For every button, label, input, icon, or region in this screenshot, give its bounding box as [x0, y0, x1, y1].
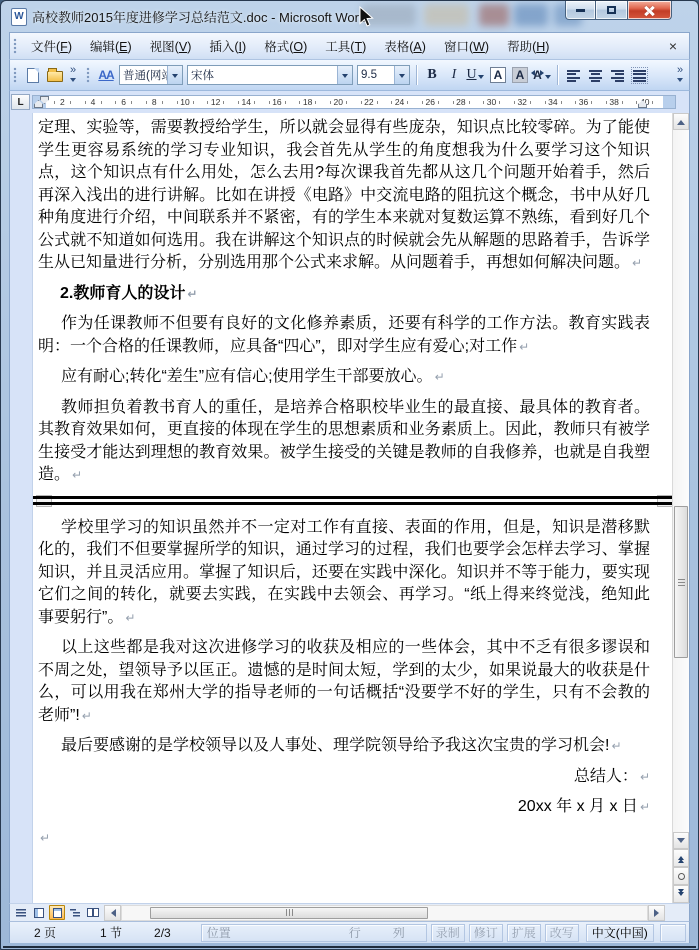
- chevron-down-icon: [478, 75, 484, 82]
- horizontal-scrollbar-row: [9, 903, 690, 921]
- page-break-divider: [33, 495, 672, 508]
- track-changes-toggle[interactable]: 修订: [469, 924, 503, 942]
- menu-item-help[interactable]: 帮助(H): [498, 33, 558, 59]
- paragraph[interactable]: 以上这些都是我对这次进修学习的收获及相应的一些体会，其中不乏有很多谬误和不周之处…: [38, 637, 650, 727]
- word-document-icon: W: [11, 8, 27, 26]
- window-title: 高校教师2015年度进修学习总结范文.doc - Microsoft Word: [32, 7, 366, 26]
- formatting-toolbar: » AA 普通(网站) 宋体 9.5 B I U A A A »: [9, 60, 690, 91]
- paragraph-mark: ↵: [187, 287, 197, 301]
- normal-view-button[interactable]: [13, 905, 29, 920]
- italic-button[interactable]: I: [443, 64, 465, 86]
- font-dropdown-button[interactable]: [337, 66, 352, 84]
- align-right-icon: [611, 69, 624, 82]
- horizontal-scroll-thumb[interactable]: [150, 907, 428, 919]
- scrollbar-corner: [665, 905, 689, 921]
- chevron-down-icon: [399, 74, 405, 81]
- style-value: 普通(网站): [120, 67, 167, 83]
- paragraph[interactable]: 作为任课教师不但要有良好的文化修养素质，还要有科学的工作方法。教育实践表明：一个…: [38, 313, 650, 358]
- position-label: 位置: [207, 924, 231, 941]
- paragraph[interactable]: 最后要感谢的是学校领导以及人事处、理学院领导给予我这次宝贵的学习机会!↵: [38, 735, 650, 758]
- font-value: 宋体: [188, 67, 337, 83]
- font-combobox[interactable]: 宋体: [187, 65, 353, 85]
- desktop-bleed-decoration: [479, 4, 509, 26]
- document-area: 定理、实验等，需要教授给学生，所以就会显得有些庞杂，知识点比较零碎。为了能使学生…: [9, 113, 690, 903]
- paragraph[interactable]: 20xx 年 x 月 x 日↵: [38, 796, 650, 819]
- underline-button[interactable]: U: [465, 64, 487, 86]
- paragraph[interactable]: ↵: [38, 827, 650, 850]
- title-bar[interactable]: W 高校教师2015年度进修学习总结范文.doc - Microsoft Wor…: [9, 1, 690, 32]
- character-scaling-button[interactable]: A: [531, 64, 553, 86]
- align-left-icon: [567, 69, 580, 82]
- font-size-combobox[interactable]: 9.5: [357, 65, 410, 85]
- distribute-button[interactable]: [628, 64, 650, 86]
- status-spacer: [660, 924, 686, 942]
- thumb-grip-icon: [286, 909, 293, 916]
- style-combobox[interactable]: 普通(网站): [119, 65, 183, 85]
- browse-object-icon: [678, 873, 685, 880]
- chevron-down-icon: [172, 74, 178, 81]
- heading-paragraph[interactable]: 2.教师育人的设计↵: [38, 283, 650, 306]
- ruler-tick-labels: 246810121416182022242628303234363840: [47, 96, 660, 108]
- paragraph-mark: ↵: [611, 739, 621, 753]
- close-icon: [644, 5, 655, 16]
- cursor-position-group: 位置 行 列: [201, 924, 427, 942]
- close-document-icon[interactable]: ×: [665, 38, 681, 54]
- new-document-icon: [27, 68, 39, 83]
- align-center-icon: [589, 69, 602, 82]
- menu-drag-handle[interactable]: [13, 38, 18, 54]
- paragraph-mark: ↵: [125, 611, 135, 625]
- bold-button[interactable]: B: [421, 64, 443, 86]
- paragraph-mark: ↵: [640, 800, 650, 814]
- word-window: W 高校教师2015年度进修学习总结范文.doc - Microsoft Wor…: [0, 0, 699, 950]
- language-indicator[interactable]: 中文(中国): [586, 924, 654, 942]
- character-border-button[interactable]: A: [487, 64, 509, 86]
- arrow-down-icon: [677, 838, 685, 847]
- line-label: 行: [349, 924, 361, 941]
- macro-record-toggle[interactable]: 录制: [431, 924, 465, 942]
- new-document-button[interactable]: [22, 64, 44, 86]
- next-page-button[interactable]: [673, 885, 689, 903]
- web-layout-icon: [34, 908, 44, 918]
- reading-layout-icon: [87, 908, 99, 917]
- paragraph[interactable]: 定理、实验等，需要教授给学生，所以就会显得有些庞杂，知识点比较零碎。为了能使学生…: [38, 117, 650, 275]
- normal-view-icon: [16, 908, 26, 917]
- horizontal-scroll-track[interactable]: [121, 905, 648, 921]
- reading-layout-view-button[interactable]: [85, 905, 101, 920]
- web-layout-view-button[interactable]: [31, 905, 47, 920]
- open-button[interactable]: [44, 64, 66, 86]
- paragraph-mark: ↵: [435, 370, 445, 384]
- style-dropdown-button[interactable]: [167, 66, 182, 84]
- select-browse-object-button[interactable]: [673, 867, 689, 885]
- toolbar-separator: [557, 65, 558, 85]
- font-size-dropdown-button[interactable]: [394, 66, 409, 84]
- minimize-icon: [576, 9, 585, 12]
- page-count: 2 页: [32, 923, 58, 942]
- menu-item-window[interactable]: 窗口(W): [435, 33, 498, 59]
- column-label: 列: [393, 924, 405, 941]
- thumb-grip-icon: [678, 579, 685, 586]
- menu-item-insert[interactable]: 插入(I): [200, 33, 255, 59]
- open-folder-icon: [47, 71, 63, 82]
- menu-item-edit[interactable]: 编辑(E): [81, 33, 141, 59]
- styles-icon: AA: [98, 68, 113, 82]
- chevron-down-icon: [677, 78, 683, 85]
- status-bar: 2 页 1 节 2/3 位置 行 列 录制 修订 扩展 改写 中文(中国): [9, 921, 690, 943]
- paragraph-mark: ↵: [82, 709, 92, 723]
- vertical-scroll-track[interactable]: [673, 130, 689, 832]
- view-switcher: [10, 905, 104, 920]
- align-center-button[interactable]: [584, 64, 606, 86]
- window-controls: [565, 1, 672, 20]
- menu-item-view[interactable]: 视图(V): [141, 33, 201, 59]
- chevron-down-icon: [342, 74, 348, 81]
- outline-view-icon: [70, 908, 80, 917]
- scroll-up-button[interactable]: [673, 113, 689, 130]
- arrow-up-icon: [677, 116, 685, 125]
- toolbar-drag-handle[interactable]: [86, 67, 91, 83]
- font-size-value: 9.5: [358, 69, 394, 81]
- toolbar-separator: [416, 65, 417, 85]
- horizontal-ruler[interactable]: 246810121416182022242628303234363840: [32, 95, 676, 109]
- scroll-left-button[interactable]: [104, 905, 121, 921]
- print-layout-view-button[interactable]: [49, 905, 65, 920]
- desktop-bleed-decoration: [424, 4, 469, 26]
- previous-page-button[interactable]: [673, 849, 689, 867]
- canvas-margin: [10, 113, 32, 903]
- toolbar-drag-handle[interactable]: [13, 67, 18, 83]
- arrow-left-icon: [107, 909, 116, 917]
- arrow-right-icon: [654, 909, 663, 917]
- outline-view-button[interactable]: [67, 905, 83, 920]
- extend-selection-toggle[interactable]: 扩展: [507, 924, 541, 942]
- menu-item-format[interactable]: 格式(O): [255, 33, 316, 59]
- paragraph-mark: ↵: [519, 340, 529, 354]
- menu-item-tools[interactable]: 工具(T): [316, 33, 375, 59]
- maximize-icon: [607, 6, 616, 14]
- distribute-icon: [633, 69, 646, 82]
- document-text[interactable]: 定理、实验等，需要教授给学生，所以就会显得有些庞杂，知识点比较零碎。为了能使学生…: [33, 113, 650, 849]
- paragraph[interactable]: 教师担负着教书育人的重任，是培养合格职校毕业生的最直接、最具体的教育者。其教育效…: [38, 397, 650, 487]
- paragraph-mark: ↵: [640, 770, 650, 784]
- minimize-button[interactable]: [565, 1, 596, 20]
- menu-item-table[interactable]: 表格(A): [375, 33, 435, 59]
- print-layout-icon: [53, 908, 62, 918]
- paragraph[interactable]: 总结人：↵: [38, 766, 650, 789]
- scroll-right-button[interactable]: [648, 905, 665, 921]
- document-page[interactable]: 定理、实验等，需要教授给学生，所以就会显得有些庞杂，知识点比较零碎。为了能使学生…: [32, 113, 672, 903]
- menu-item-file[interactable]: 文件(F): [22, 33, 81, 59]
- align-left-button[interactable]: [562, 64, 584, 86]
- align-right-button[interactable]: [606, 64, 628, 86]
- ruler-row: L 246810121416182022242628303234363840: [9, 91, 690, 113]
- vertical-scroll-thumb[interactable]: [674, 506, 688, 658]
- toolbar-options-chevron[interactable]: »: [66, 63, 80, 87]
- overtype-toggle[interactable]: 改写: [545, 924, 579, 942]
- window-frame-edge: [3, 946, 696, 948]
- tab-selector[interactable]: L: [11, 94, 30, 110]
- paragraph[interactable]: 应有耐心;转化“差生”应有信心;使用学生干部要放心。↵: [38, 366, 650, 389]
- chevron-down-icon: [70, 78, 76, 85]
- menu-bar: 文件(F) 编辑(E) 视图(V) 插入(I) 格式(O) 工具(T) 表格(A…: [9, 32, 690, 60]
- section-number: 1 节: [98, 923, 124, 942]
- paragraph-mark: ↵: [632, 256, 642, 270]
- paragraph-mark: ↵: [40, 831, 50, 845]
- paragraph[interactable]: 学校里学习的知识虽然并不一定对工作有直接、表面的作用，但是，知识是潜移默化的，我…: [38, 517, 650, 630]
- page-indicator: 2/3: [152, 925, 173, 941]
- toolbar-options-chevron[interactable]: »: [673, 63, 687, 87]
- desktop-bleed-decoration: [514, 4, 548, 26]
- paragraph-mark: ↵: [72, 468, 82, 482]
- close-button[interactable]: [627, 1, 672, 20]
- scroll-down-button[interactable]: [673, 832, 689, 849]
- mouse-cursor: [358, 6, 374, 28]
- vertical-scrollbar[interactable]: [672, 113, 689, 903]
- maximize-button[interactable]: [596, 1, 627, 20]
- styles-and-formatting-button[interactable]: AA: [95, 64, 117, 86]
